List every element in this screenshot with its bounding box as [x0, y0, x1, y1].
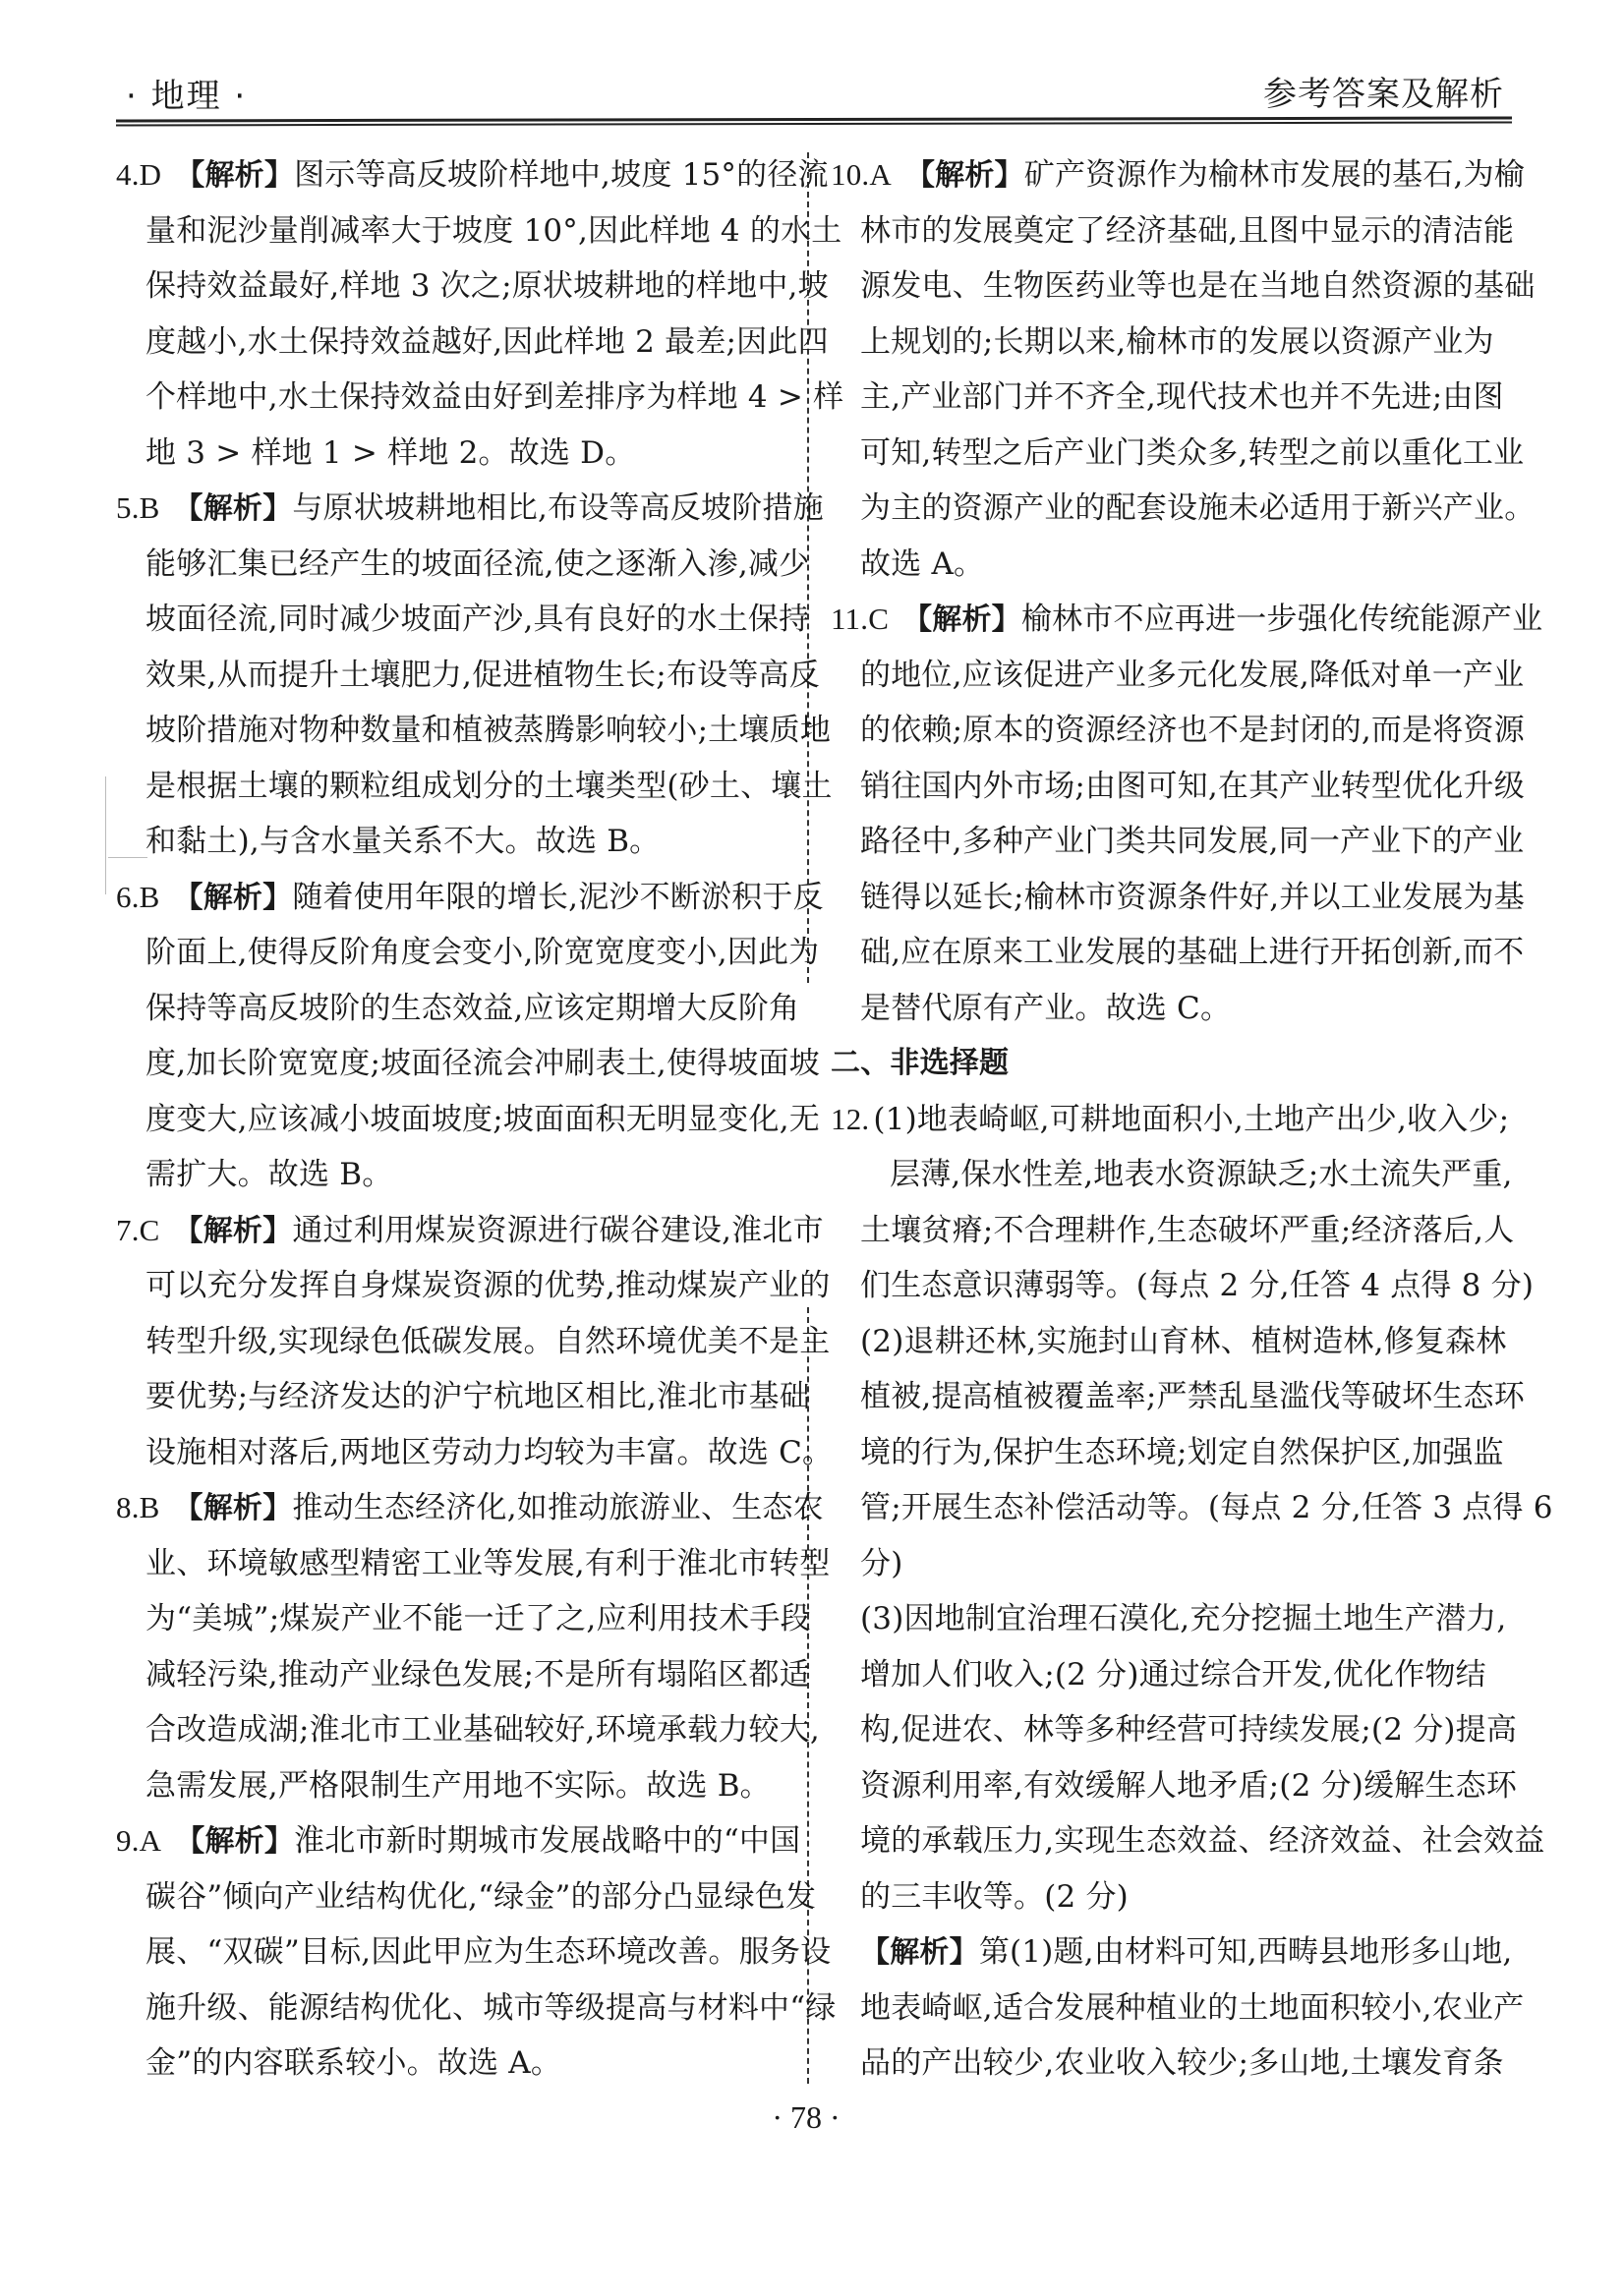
answer-line: 层薄,保水性差,地表水资源缺乏;水土流失严重, — [831, 1147, 1514, 1203]
answer-line: 林市的发展奠定了经济基础,且图中显示的清洁能 — [831, 203, 1514, 259]
answer-text: 第(1)题,由材料可知,西畴县地形多山地, — [979, 1934, 1513, 1970]
answer-text: 随着使用年限的增长,泥沙不断淤积于反 — [292, 880, 823, 915]
answer-part-3-line: (3)因地制宜治理石漠化,充分挖掘土地生产潜力, — [831, 1591, 1514, 1647]
answer-first-line: 10.A【解析】矿产资源作为榆林市发展的基石,为榆 — [831, 147, 1514, 203]
answer-first-line: 9.A【解析】淮北市新时期城市发展战略中的“中国 — [116, 1813, 784, 1869]
question-number: 11.C — [831, 602, 889, 636]
analysis-first-line: 【解析】第(1)题,由材料可知,西畴县地形多山地, — [831, 1924, 1514, 1980]
analysis-tag: 【解析】 — [905, 158, 1024, 193]
answer-line: 可以充分发挥自身煤炭资源的优势,推动煤炭产业的 — [116, 1258, 784, 1314]
answer-line: 上规划的;长期以来,榆林市的发展以资源产业为 — [831, 315, 1514, 371]
answer-text: 淮北市新时期城市发展战略中的“中国 — [294, 1823, 800, 1859]
answer-line: 坡面径流,同时减少坡面产沙,具有良好的水土保持 — [116, 592, 784, 648]
right-column: 10.A【解析】矿产资源作为榆林市发展的基石,为榆 林市的发展奠定了经济基础,且… — [831, 147, 1514, 2092]
answer-line: 度变大,应该减小坡面坡度;坡面面积无明显变化,无 — [116, 1092, 784, 1148]
answer-line: 地表崎岖,适合发展种植业的土地面积较小,农业产 — [831, 1980, 1514, 2037]
answer-text: 通过利用煤炭资源进行碳谷建设,淮北市 — [292, 1213, 823, 1248]
page-title: 参考答案及解析 — [1263, 67, 1504, 115]
answer-first-line: 4.D【解析】图示等高反坡阶样地中,坡度 15°的径流 — [116, 147, 784, 203]
answer-line: 坡阶措施对物种数量和植被蒸腾影响较小;土壤质地 — [116, 703, 784, 759]
analysis-tag: 【解析】 — [860, 1935, 979, 1970]
answer-line: 为“美城”;煤炭产业不能一迁了之,应利用技术手段 — [116, 1591, 784, 1647]
answer-line: 源发电、生物医药业等也是在当地自然资源的基础 — [831, 258, 1514, 315]
answer-text: 层薄,保水性差,地表水资源缺乏;水土流失严重, — [890, 1157, 1513, 1192]
answer-line: 金”的内容联系较小。故选 A。 — [116, 2036, 784, 2092]
answer-line: 们生态意识薄弱等。(每点 2 分,任答 4 点得 8 分) — [831, 1258, 1514, 1314]
answer-line: 础,应在原来工业发展的基础上进行开拓创新,而不 — [831, 925, 1514, 981]
answer-line: 度,加长阶宽宽度;坡面径流会冲刷表土,使得坡面坡 — [116, 1036, 784, 1092]
answer-text: 榆林市不应再进一步强化传统能源产业 — [1021, 602, 1542, 637]
answer-line: 能够汇集已经产生的坡面径流,使之逐渐入渗,减少 — [116, 537, 784, 593]
answer-first-line: 8.B【解析】推动生态经济化,如推动旅游业、生态农 — [116, 1480, 784, 1536]
scan-artifact-line — [105, 776, 106, 894]
answer-part-2-line: (2)退耕还林,实施封山育林、植树造林,修复森林 — [831, 1314, 1514, 1370]
answer-item-9: 9.A【解析】淮北市新时期城市发展战略中的“中国 碳谷”倾向产业结构优化,“绿金… — [116, 1813, 784, 2092]
answer-text: (1)地表崎岖,可耕地面积小,土地产出少,收入少; — [873, 1102, 1509, 1137]
answer-line: 销往国内外市场;由图可知,在其产业转型优化升级 — [831, 759, 1514, 815]
answer-item-6: 6.B【解析】随着使用年限的增长,泥沙不断淤积于反 阶面上,使得反阶角度会变小,… — [116, 870, 784, 1203]
answer-line: 管;开展生态补偿活动等。(每点 2 分,任答 3 点得 6 — [831, 1480, 1514, 1536]
answer-line: 土壤贫瘠;不合理耕作,生态破坏严重;经济落后,人 — [831, 1203, 1514, 1259]
answer-line: 的三丰收等。(2 分) — [831, 1869, 1514, 1925]
question-number: 7.C — [116, 1213, 160, 1247]
answer-first-line: 11.C【解析】榆林市不应再进一步强化传统能源产业 — [831, 592, 1514, 648]
answer-line: 主,产业部门并不齐全,现代技术也并不先进;由图 — [831, 370, 1514, 426]
answer-line: 量和泥沙量削减率大于坡度 10°,因此样地 4 的水土 — [116, 203, 784, 259]
answer-line: 品的产出较少,农业收入较少;多山地,土壤发育条 — [831, 2036, 1514, 2092]
answer-line: 保持等高反坡阶的生态效益,应该定期增大反阶角 — [116, 981, 784, 1037]
answer-line: 的依赖;原本的资源经济也不是封闭的,而是将资源 — [831, 703, 1514, 759]
answer-line: 展、“双碳”目标,因此甲应为生态环境改善。服务设 — [116, 1924, 784, 1980]
question-number: 4.D — [116, 157, 161, 192]
analysis-tag: 【解析】 — [175, 158, 294, 193]
answer-item-7: 7.C【解析】通过利用煤炭资源进行碳谷建设,淮北市 可以充分发挥自身煤炭资源的优… — [116, 1203, 784, 1481]
answer-line: 碳谷”倾向产业结构优化,“绿金”的部分凸显绿色发 — [116, 1869, 784, 1925]
answer-line: 保持效益最好,样地 3 次之;原状坡耕地的样地中,坡 — [116, 258, 784, 315]
answer-line: 个样地中,水土保持效益由好到差排序为样地 4 > 样 — [116, 370, 784, 426]
answer-text: 图示等高反坡阶样地中,坡度 15°的径流 — [294, 157, 829, 193]
answer-item-8: 8.B【解析】推动生态经济化,如推动旅游业、生态农 业、环境敏感型精密工业等发展… — [116, 1480, 784, 1813]
answer-item-11: 11.C【解析】榆林市不应再进一步强化传统能源产业 的地位,应该促进产业多元化发… — [831, 592, 1514, 1036]
answer-line: 链得以延长;榆林市资源条件好,并以工业发展为基 — [831, 870, 1514, 926]
answer-item-12: 12.(1)地表崎岖,可耕地面积小,土地产出少,收入少; 层薄,保水性差,地表水… — [831, 1092, 1514, 2092]
question-number: 9.A — [116, 1823, 161, 1858]
section-title: 二、非选择题 — [831, 1036, 1514, 1092]
analysis-tag: 【解析】 — [175, 1824, 294, 1859]
answer-line: 阶面上,使得反阶角度会变小,阶宽宽度变小,因此为 — [116, 925, 784, 981]
question-number: 6.B — [116, 880, 160, 914]
question-number: 8.B — [116, 1490, 160, 1524]
answer-line: 植被,提高植被覆盖率;严禁乱垦滥伐等破坏生态环 — [831, 1369, 1514, 1425]
answer-item-4: 4.D【解析】图示等高反坡阶样地中,坡度 15°的径流 量和泥沙量削减率大于坡度… — [116, 147, 784, 481]
answer-line: 和黏土),与含水量关系不大。故选 B。 — [116, 814, 784, 870]
answer-line: 构,促进农、林等多种经营可持续发展;(2 分)提高 — [831, 1702, 1514, 1758]
answer-line: 路径中,多种产业门类共同发展,同一产业下的产业 — [831, 814, 1514, 870]
answer-first-line: 12.(1)地表崎岖,可耕地面积小,土地产出少,收入少; — [831, 1092, 1514, 1148]
header-double-rule — [116, 117, 1512, 127]
answer-line: 是替代原有产业。故选 C。 — [831, 981, 1514, 1037]
answer-text: 矿产资源作为榆林市发展的基石,为榆 — [1024, 157, 1525, 193]
answer-line: 效果,从而提升土壤肥力,促进植物生长;布设等高反 — [116, 648, 784, 704]
answer-line: 境的承载压力,实现生态效益、经济效益、社会效益 — [831, 1813, 1514, 1869]
answer-line: 设施相对落后,两地区劳动力均较为丰富。故选 C。 — [116, 1425, 784, 1481]
answer-line: 境的行为,保护生态环境;划定自然保护区,加强监 — [831, 1425, 1514, 1481]
analysis-tag: 【解析】 — [174, 491, 293, 526]
answer-item-10: 10.A【解析】矿产资源作为榆林市发展的基石,为榆 林市的发展奠定了经济基础,且… — [831, 147, 1514, 592]
page-header: · 地理 · 参考答案及解析 — [116, 61, 1512, 130]
answer-line: 故选 A。 — [831, 537, 1514, 593]
subject-label: · 地理 · — [126, 69, 247, 117]
answer-line: 地 3 > 样地 1 > 样地 2。故选 D。 — [116, 426, 784, 482]
answer-line: 急需发展,严格限制生产用地不实际。故选 B。 — [116, 1758, 784, 1814]
answer-line: 分) — [831, 1536, 1514, 1592]
answer-line: 的地位,应该促进产业多元化发展,降低对单一产业 — [831, 648, 1514, 704]
answer-text: 推动生态经济化,如推动旅游业、生态农 — [292, 1490, 823, 1525]
question-number: 10.A — [831, 157, 892, 192]
left-column: 4.D【解析】图示等高反坡阶样地中,坡度 15°的径流 量和泥沙量削减率大于坡度… — [116, 147, 784, 2092]
page-number: · 78 · — [747, 2099, 865, 2136]
answer-line: 合改造成湖;淮北市工业基础较好,环境承载力较大, — [116, 1702, 784, 1758]
question-number: 12. — [831, 1102, 869, 1136]
analysis-tag: 【解析】 — [902, 603, 1021, 637]
analysis-tag: 【解析】 — [174, 1491, 293, 1525]
answer-line: 转型升级,实现绿色低碳发展。自然环境优美不是主 — [116, 1314, 784, 1370]
answer-line: 需扩大。故选 B。 — [116, 1147, 784, 1203]
answer-line: 增加人们收入;(2 分)通过综合开发,优化作物结 — [831, 1647, 1514, 1703]
answer-line: 施升级、能源结构优化、城市等级提高与材料中“绿 — [116, 1980, 784, 2037]
answer-first-line: 7.C【解析】通过利用煤炭资源进行碳谷建设,淮北市 — [116, 1203, 784, 1259]
answer-first-line: 5.B【解析】与原状坡耕地相比,布设等高反坡阶措施 — [116, 481, 784, 537]
answer-line: 可知,转型之后产业门类众多,转型之前以重化工业 — [831, 426, 1514, 482]
answer-line: 要优势;与经济发达的沪宁杭地区相比,淮北市基础 — [116, 1369, 784, 1425]
analysis-tag: 【解析】 — [174, 881, 293, 915]
answer-first-line: 6.B【解析】随着使用年限的增长,泥沙不断淤积于反 — [116, 870, 784, 926]
question-number: 5.B — [116, 490, 160, 525]
analysis-tag: 【解析】 — [174, 1214, 293, 1248]
answer-line: 减轻污染,推动产业绿色发展;不是所有塌陷区都适 — [116, 1647, 784, 1703]
answer-line: 是根据土壤的颗粒组成划分的土壤类型(砂土、壤土 — [116, 759, 784, 815]
answer-line: 业、环境敏感型精密工业等发展,有利于淮北市转型 — [116, 1536, 784, 1592]
answer-line: 度越小,水土保持效益越好,因此样地 2 最差;因此四 — [116, 315, 784, 371]
answer-line: 为主的资源产业的配套设施未必适用于新兴产业。 — [831, 481, 1514, 537]
answer-item-5: 5.B【解析】与原状坡耕地相比,布设等高反坡阶措施 能够汇集已经产生的坡面径流,… — [116, 481, 784, 870]
answer-text: 与原状坡耕地相比,布设等高反坡阶措施 — [292, 490, 823, 526]
answer-line: 资源利用率,有效缓解人地矛盾;(2 分)缓解生态环 — [831, 1758, 1514, 1814]
